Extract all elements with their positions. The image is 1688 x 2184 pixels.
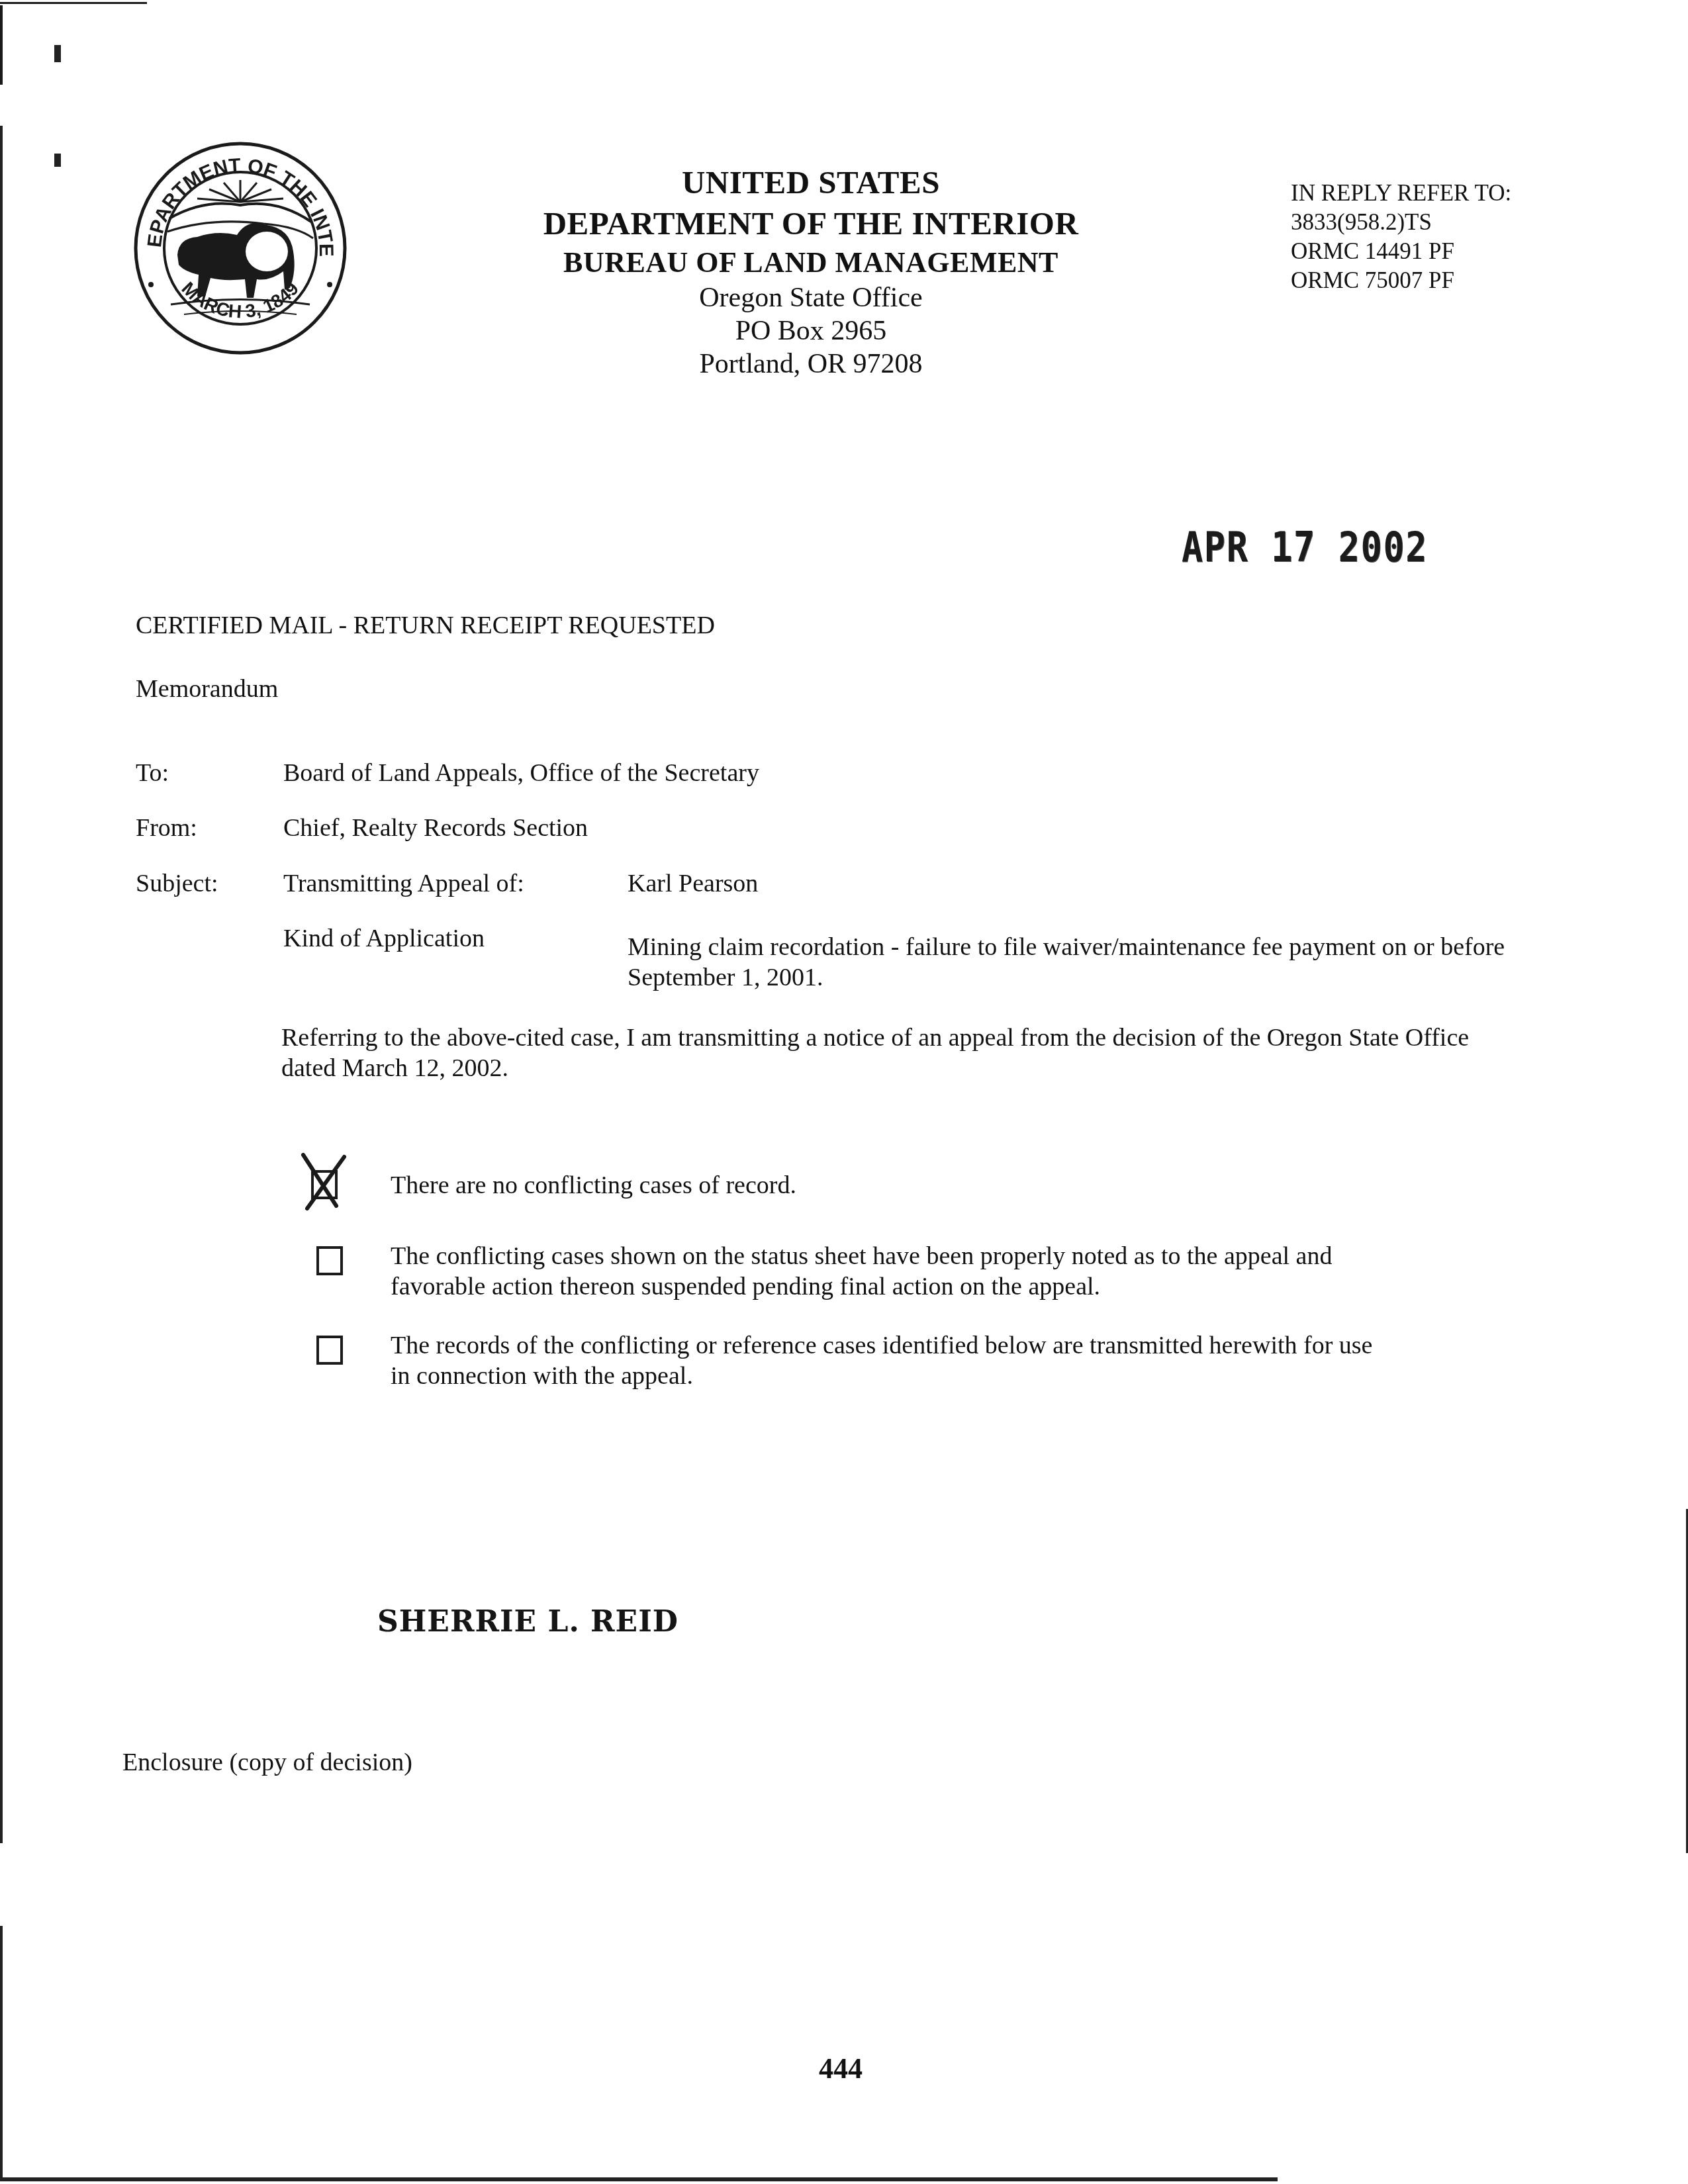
appellant-name: Karl Pearson (628, 868, 758, 899)
letterhead-country: UNITED STATES (463, 162, 1158, 203)
referring-paragraph: Referring to the above-cited case, I am … (281, 1023, 1519, 1083)
x-mark-icon (298, 1152, 351, 1211)
reply-refer-block: IN REPLY REFER TO: 3833(958.2)TS ORMC 14… (1291, 179, 1511, 295)
letterhead-bureau: BUREAU OF LAND MANAGEMENT (463, 244, 1158, 281)
letterhead-city: Portland, OR 97208 (463, 347, 1158, 381)
to-label: To: (136, 758, 169, 788)
reply-refer-code: ORMC 14491 PF (1291, 237, 1511, 266)
reply-refer-code: 3833(958.2)TS (1291, 208, 1511, 237)
scan-edge-left (0, 126, 3, 1843)
scan-speck (54, 45, 61, 62)
letterhead-office: Oregon State Office (463, 281, 1158, 314)
kind-of-application-label: Kind of Application (283, 923, 485, 954)
from-value: Chief, Realty Records Section (283, 813, 588, 843)
checklist-text: The conflicting cases shown on the statu… (391, 1241, 1383, 1302)
checklist-text: The records of the conflicting or refere… (391, 1330, 1383, 1391)
letterhead-department: DEPARTMENT OF THE INTERIOR (463, 203, 1158, 244)
subject-label: Subject: (136, 868, 218, 899)
reply-refer-code: ORMC 75007 PF (1291, 266, 1511, 295)
department-of-interior-seal-icon: U.S. DEPARTMENT OF THE INTERIOR MARCH 3,… (131, 139, 350, 357)
scan-edge-left (0, 1926, 3, 2181)
date-stamp: APR 17 2002 (1182, 523, 1428, 571)
subject-value: Transmitting Appeal of: (283, 868, 524, 899)
scan-edge-left (0, 5, 3, 85)
scan-edge-top (0, 2, 147, 4)
page-number: 444 (819, 2052, 863, 2085)
checkbox-unchecked[interactable] (316, 1336, 343, 1365)
letterhead-po-box: PO Box 2965 (463, 314, 1158, 347)
checklist-text: There are no conflicting cases of record… (391, 1170, 1383, 1201)
scan-edge-bottom (0, 2177, 1278, 2181)
to-value: Board of Land Appeals, Office of the Sec… (283, 758, 759, 788)
scan-speck (54, 154, 61, 167)
enclosure-note: Enclosure (copy of decision) (122, 1747, 412, 1778)
kind-of-application-value: Mining claim recordation - failure to fi… (628, 932, 1521, 993)
certified-mail-notice: CERTIFIED MAIL - RETURN RECEIPT REQUESTE… (136, 610, 715, 641)
memo-title: Memorandum (136, 674, 278, 704)
letterhead: UNITED STATES DEPARTMENT OF THE INTERIOR… (463, 162, 1158, 381)
signature-stamp: SHERRIE L. REID (377, 1605, 679, 1639)
reply-refer-heading: IN REPLY REFER TO: (1291, 179, 1511, 208)
checkbox-unchecked[interactable] (316, 1246, 343, 1275)
from-label: From: (136, 813, 197, 843)
